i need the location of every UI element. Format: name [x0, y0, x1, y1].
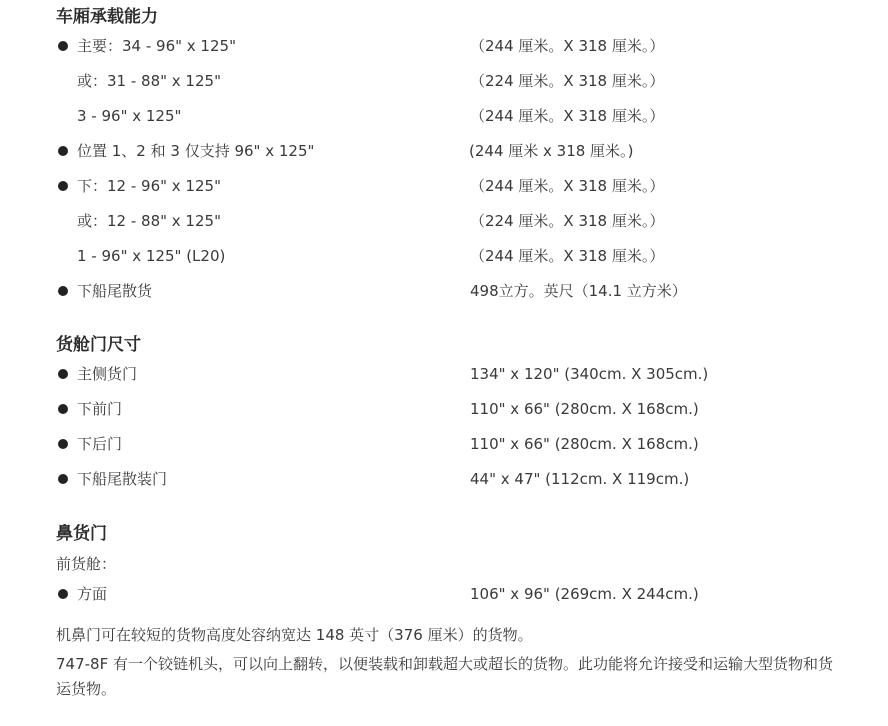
item-label: 3 - 96" x 125": [77, 105, 181, 127]
list-item: 下船尾散装门 44" x 47" (112cm. X 119cm.): [56, 468, 856, 490]
item-label: 下前门: [77, 398, 122, 420]
item-label: 下：12 - 96" x 125": [77, 175, 221, 197]
item-value: （244 厘米。X 318 厘米。）: [470, 105, 664, 127]
bullet-icon: [58, 474, 68, 484]
list-item: 或：31 - 88" x 125" （224 厘米。X 318 厘米。）: [56, 70, 856, 92]
item-label: 主要：34 - 96" x 125": [77, 35, 236, 57]
item-value: （244 厘米。X 318 厘米。）: [470, 175, 664, 197]
list-item: 下船尾散货 498立方。英尺（14.1 立方米）: [56, 280, 856, 302]
item-label: 或：12 - 88" x 125": [77, 210, 221, 232]
paragraph-hinged-nose: 747-8F 有一个铰链机头，可以向上翻转，以便装载和卸载超大或超长的货物。此功…: [56, 652, 846, 702]
item-value: （224 厘米。X 318 厘米。）: [470, 70, 664, 92]
item-label: 位置 1、2 和 3 仅支持 96" x 125": [77, 140, 314, 162]
list-item: 主侧货门 134" x 120" (340cm. X 305cm.): [56, 363, 856, 385]
item-label: 下船尾散货: [77, 280, 152, 302]
item-value: （244 厘米。X 318 厘米。）: [470, 35, 664, 57]
bullet-icon: [58, 41, 68, 51]
item-label: 主侧货门: [77, 363, 137, 385]
bullet-icon: [58, 589, 68, 599]
item-value: 106" x 96" (269cm. X 244cm.): [470, 583, 699, 605]
list-item: 下：12 - 96" x 125" （244 厘米。X 318 厘米。）: [56, 175, 856, 197]
bullet-icon: [58, 181, 68, 191]
item-value: 498立方。英尺（14.1 立方米）: [470, 280, 687, 302]
section-title-cabin-capacity: 车厢承载能力: [56, 6, 158, 28]
list-item: 方面 106" x 96" (269cm. X 244cm.): [56, 583, 856, 605]
item-label: 方面: [77, 583, 107, 605]
section-title-nose-door: 鼻货门: [56, 523, 107, 545]
item-value: 134" x 120" (340cm. X 305cm.): [470, 363, 708, 385]
item-value: 110" x 66" (280cm. X 168cm.): [470, 433, 699, 455]
list-item: 主要：34 - 96" x 125" （244 厘米。X 318 厘米。）: [56, 35, 856, 57]
bullet-icon: [58, 404, 68, 414]
list-item: 下后门 110" x 66" (280cm. X 168cm.): [56, 433, 856, 455]
item-value: （224 厘米。X 318 厘米。）: [470, 210, 664, 232]
bullet-icon: [58, 286, 68, 296]
list-item: 下前门 110" x 66" (280cm. X 168cm.): [56, 398, 856, 420]
item-label: 下后门: [77, 433, 122, 455]
item-value: (244 厘米 x 318 厘米。): [469, 140, 633, 162]
item-label: 或：31 - 88" x 125": [77, 70, 221, 92]
bullet-icon: [58, 146, 68, 156]
item-label: 1 - 96" x 125" (L20): [77, 245, 225, 267]
list-item: 3 - 96" x 125" （244 厘米。X 318 厘米。）: [56, 105, 856, 127]
item-value: 110" x 66" (280cm. X 168cm.): [470, 398, 699, 420]
list-item: 1 - 96" x 125" (L20) （244 厘米。X 318 厘米。）: [56, 245, 856, 267]
item-value: （244 厘米。X 318 厘米。）: [470, 245, 664, 267]
bullet-icon: [58, 439, 68, 449]
subtitle-forward-hold: 前货舱：: [56, 553, 116, 575]
list-item: 位置 1、2 和 3 仅支持 96" x 125" (244 厘米 x 318 …: [56, 140, 856, 162]
bullet-icon: [58, 369, 68, 379]
item-label: 下船尾散装门: [77, 468, 167, 490]
paragraph-nose-door-width: 机鼻门可在较短的货物高度处容纳宽达 148 英寸（376 厘米）的货物。: [56, 623, 846, 648]
item-value: 44" x 47" (112cm. X 119cm.): [470, 468, 689, 490]
section-title-cargo-doors: 货舱门尺寸: [56, 334, 141, 356]
list-item: 或：12 - 88" x 125" （224 厘米。X 318 厘米。）: [56, 210, 856, 232]
